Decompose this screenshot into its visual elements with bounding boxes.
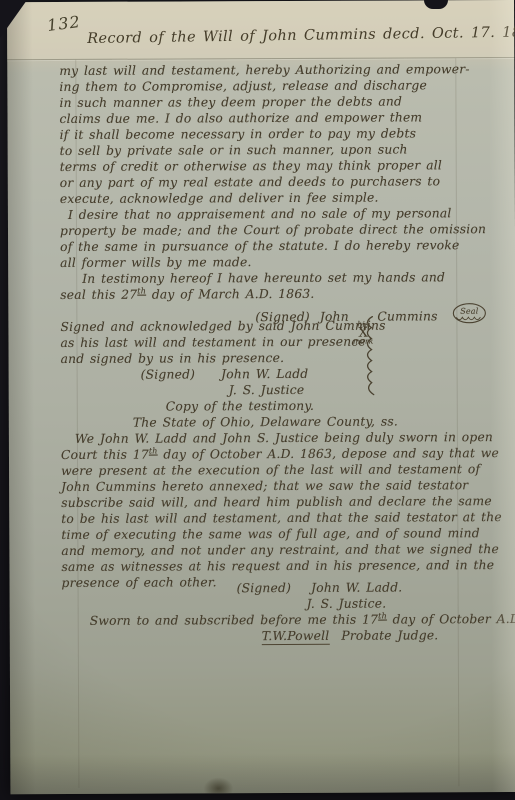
- testimony-line: were present at the execution of the las…: [61, 461, 483, 479]
- will-text-line: my last will and testament, hereby Autho…: [59, 61, 481, 79]
- testimony-line: same as witnesses at his request and in …: [61, 557, 483, 575]
- will-text-line: execute, acknowledge and deliver in fee …: [60, 189, 482, 207]
- seal-date-line: seal this 27th day of March A.D. 1863.: [60, 285, 482, 303]
- testimony-line: John Cummins hereto annexed; that we saw…: [61, 477, 483, 495]
- jurat-suffix: day of October A.D. 1863.: [387, 612, 515, 627]
- signed-label: (Signed): [237, 581, 292, 595]
- seal-doodle: Seal: [452, 301, 488, 329]
- will-text-line: all former wills by me made.: [60, 253, 482, 271]
- will-text-line: property be made; and the Court of proba…: [60, 221, 482, 239]
- handwritten-text-block: my last will and testament, hereby Autho…: [59, 61, 484, 645]
- scanned-photo: 132 Record of the Will of John Cummins d…: [0, 0, 515, 800]
- testimony-date-suffix: day of October A.D. 1863, depose and say…: [158, 446, 499, 461]
- judge-signature: T.W.Powell: [262, 629, 330, 645]
- will-text-line: if it shall become necessary in order to…: [60, 125, 482, 143]
- jurat-line: Sworn to and subscribed before me this 1…: [62, 611, 484, 629]
- ledger-page: 132 Record of the Will of John Cummins d…: [7, 0, 515, 794]
- witness-name: J. S. Justice: [229, 383, 305, 397]
- venue-line: The State of Ohio, Delaware County, ss.: [61, 413, 483, 431]
- ordinal-superscript: th: [149, 446, 158, 455]
- will-text-line: claims due me. I do also authorize and e…: [59, 109, 481, 127]
- witness-name: John W. Ladd.: [311, 580, 402, 594]
- seal-date-suffix: day of March A.D. 1863.: [146, 287, 314, 302]
- seal-text: Seal: [460, 307, 479, 316]
- will-text-line: of the same in pursuance of the statute.…: [60, 237, 482, 255]
- testimony-line: and memory, and not under any restraint,…: [61, 541, 483, 559]
- jurat-prefix: Sworn to and subscribed before me this 1…: [90, 613, 379, 628]
- attestation-line: and signed by us in his presence.: [61, 349, 483, 367]
- ordinal-superscript: th: [378, 611, 387, 620]
- torn-corner: [0, 0, 27, 38]
- witness-signature-line: J. S. Justice: [61, 381, 483, 399]
- testimony-line: to be his last will and testament, and t…: [61, 509, 483, 527]
- attestation-brace-icon: [360, 315, 376, 403]
- will-text-line: in such manner as they deem proper the d…: [59, 93, 481, 111]
- witness-signature-line: (Signed)John W. Ladd: [61, 365, 483, 383]
- seal-date-prefix: seal this 27: [60, 288, 137, 302]
- will-text-line: I desire that no appraisement and no sal…: [60, 205, 482, 223]
- will-text-line: terms of credit or otherwise as they may…: [60, 157, 482, 175]
- witness-name: J. S. Justice.: [307, 597, 387, 611]
- testimony-line: Court this 17th day of October A.D. 1863…: [61, 445, 483, 463]
- testimony-line: time of executing the same was of full a…: [61, 525, 483, 543]
- ink-stain: [203, 777, 233, 793]
- testimony-date-prefix: Court this 17: [61, 448, 149, 462]
- will-text-line: or any part of my real estate and deeds …: [60, 173, 482, 191]
- testator-last-name: Cummins: [377, 309, 437, 323]
- witness-signature-line: J. S. Justice.: [62, 595, 484, 613]
- witness-name: John W. Ladd: [221, 367, 308, 381]
- will-text-line: ing them to Compromise, adjust, release …: [59, 77, 481, 95]
- testimonium-line: In testimony hereof I have hereunto set …: [60, 269, 482, 287]
- testimony-line: subscribe said will, and heard him publi…: [61, 493, 483, 511]
- testimony-heading: Copy of the testimony.: [61, 397, 483, 415]
- attestation-line: as his last will and testament in our pr…: [60, 333, 482, 351]
- testimony-line: We John W. Ladd and John S. Justice bein…: [61, 429, 483, 447]
- ordinal-superscript: th: [137, 287, 146, 296]
- judge-signature-line: T.W.PowellProbate Judge.: [62, 627, 484, 645]
- judge-title: Probate Judge.: [341, 628, 438, 642]
- signed-label: (Signed): [141, 367, 196, 381]
- will-text-line: to sell by private sale or in such manne…: [60, 141, 482, 159]
- testator-signature-line: (Signed)JohnhisXmarkCumminsSeal: [60, 301, 482, 319]
